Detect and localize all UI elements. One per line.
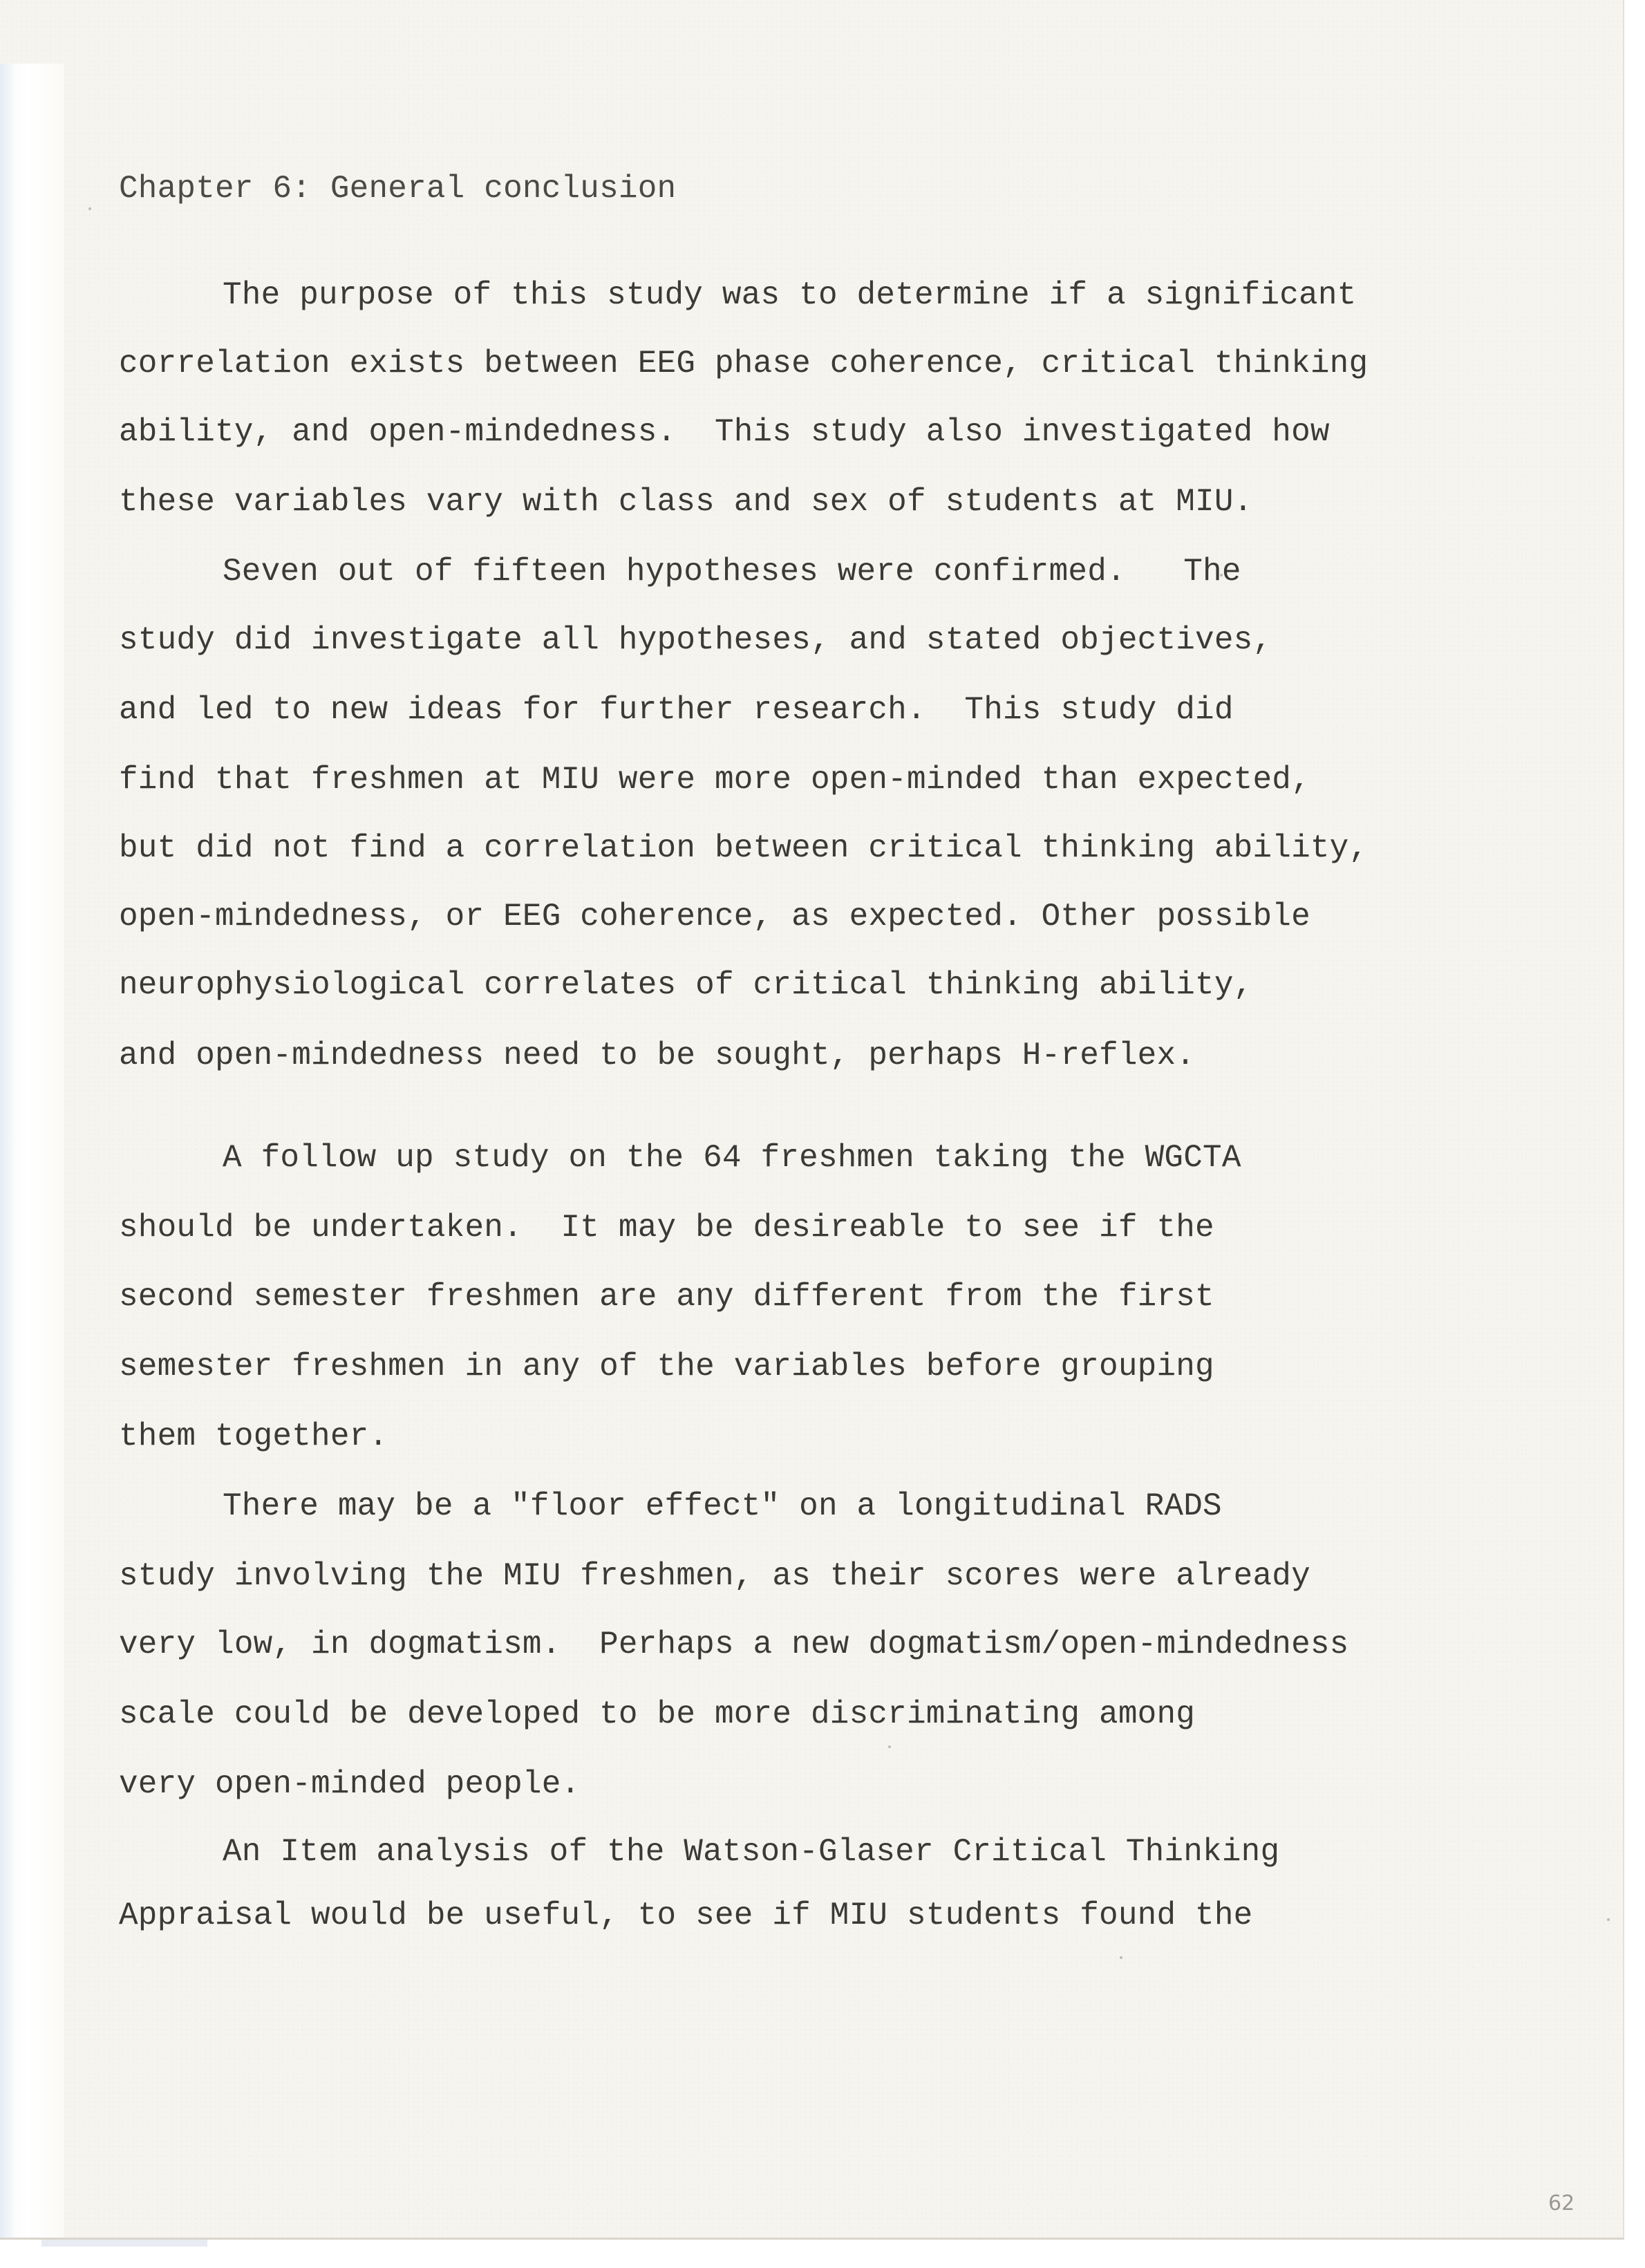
paragraph-3-line-3: second semester freshmen are any differe… <box>119 1281 1214 1313</box>
paragraph-2-line-3: and led to new ideas for further researc… <box>119 694 1234 726</box>
paragraph-1-line-3: ability, and open-mindedness. This study… <box>119 416 1330 448</box>
paragraph-1-line-2: correlation exists between EEG phase coh… <box>119 348 1368 379</box>
typed-text: Chapter 6: General conclusion The purpos… <box>119 0 196 1330</box>
paragraph-4-line-5: very open-minded people. <box>119 1768 580 1800</box>
paragraph-5-line-2: Appraisal would be useful, to see if MIU… <box>119 1900 1252 1931</box>
paragraph-2-line-8: and open-mindedness need to be sought, p… <box>119 1040 1195 1071</box>
paragraph-1-line-4: these variables vary with class and sex … <box>119 486 1252 518</box>
paragraph-2-line-1: Seven out of fifteen hypotheses were con… <box>223 556 1241 588</box>
scan-speck <box>1607 1918 1610 1921</box>
paragraph-2-line-4: find that freshmen at MIU were more open… <box>119 764 1310 796</box>
paragraph-3-line-1: A follow up study on the 64 freshmen tak… <box>223 1142 1241 1174</box>
paragraph-2-line-6: open-mindedness, or EEG coherence, as ex… <box>119 901 1310 932</box>
paragraph-4-line-3: very low, in dogmatism. Perhaps a new do… <box>119 1629 1349 1660</box>
paragraph-4-line-4: scale could be developed to be more disc… <box>119 1698 1195 1730</box>
page-number: 62 <box>1548 2191 1574 2215</box>
scan-speck <box>1120 1956 1122 1959</box>
scan-speck <box>88 207 91 210</box>
paragraph-1-line-1: The purpose of this study was to determi… <box>223 279 1356 311</box>
paragraph-3-line-2: should be undertaken. It may be desireab… <box>119 1212 1214 1244</box>
paragraph-2-line-7: neurophysiological correlates of critica… <box>119 969 1252 1001</box>
paragraph-4-line-2: study involving the MIU freshmen, as the… <box>119 1560 1310 1592</box>
paragraph-2-line-2: study did investigate all hypotheses, an… <box>119 624 1272 656</box>
paragraph-3-line-4: semester freshmen in any of the variable… <box>119 1351 1214 1383</box>
scan-speck <box>888 1745 891 1748</box>
paragraph-5-line-1: An Item analysis of the Watson-Glaser Cr… <box>223 1836 1279 1868</box>
scan-bottom-shadow <box>41 2240 207 2247</box>
scanned-page: Chapter 6: General conclusion The purpos… <box>0 0 1645 2268</box>
paragraph-2-line-5: but did not find a correlation between c… <box>119 832 1368 864</box>
paragraph-4-line-1: There may be a "floor effect" on a longi… <box>223 1490 1222 1522</box>
scan-speck <box>1220 574 1223 577</box>
chapter-heading: Chapter 6: General conclusion <box>119 173 676 205</box>
scan-edge-strip <box>0 64 64 2238</box>
paragraph-3-line-5: them together. <box>119 1421 388 1452</box>
